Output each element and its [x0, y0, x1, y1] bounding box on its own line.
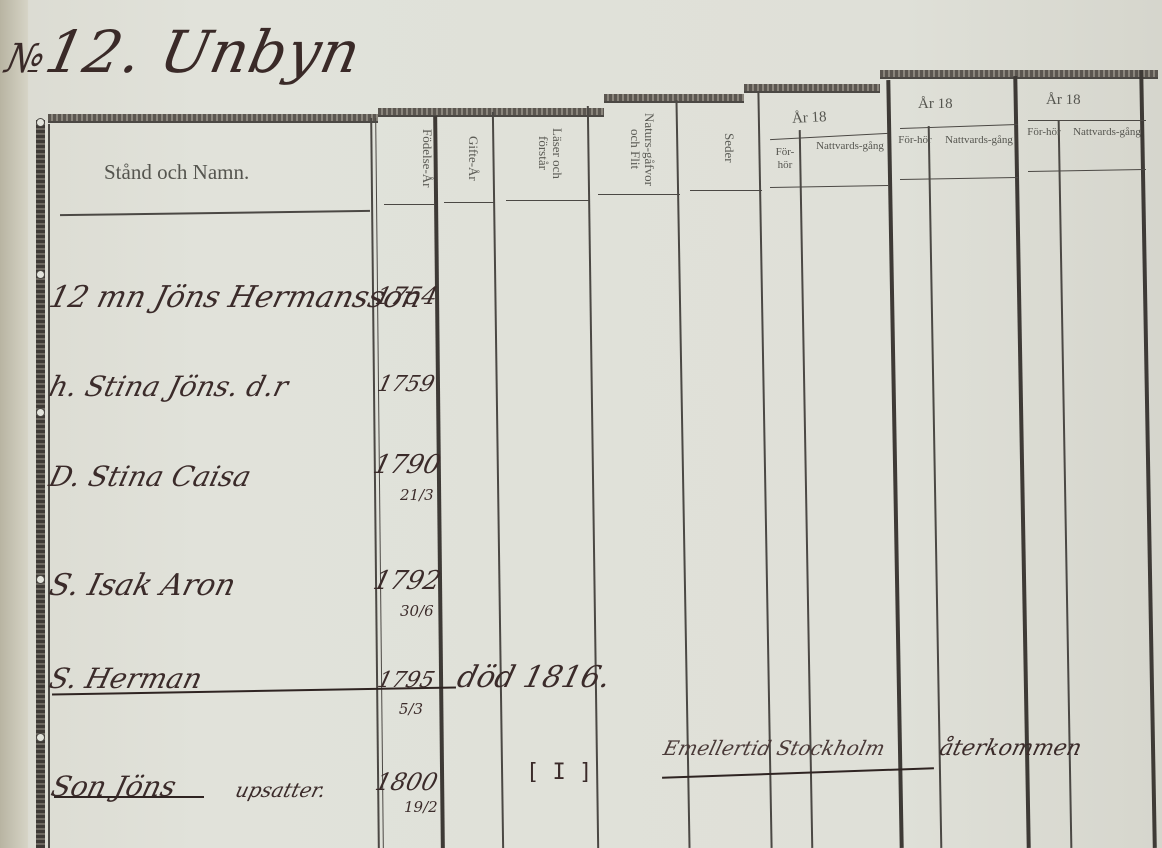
column-rule — [886, 80, 903, 848]
header-fodelse-ar: Födelse-År — [404, 118, 434, 198]
column-rule — [757, 92, 772, 848]
header-gifte-ar: Gifte-År — [460, 118, 480, 198]
entry-birth-date: 19/2 — [404, 800, 434, 815]
entry-name-suffix: upsatter. — [233, 778, 328, 802]
column-rule — [1139, 70, 1157, 848]
header-naturs-gafvor: Naturs-gåfvor och Flit — [608, 106, 656, 192]
entry-name: D. Stina Caisa — [46, 460, 255, 493]
entry-birth-date: 5/3 — [396, 702, 426, 717]
strike-through-line — [662, 767, 934, 778]
binding-ring — [36, 270, 45, 279]
entry-name: 12 mn Jöns Hermansson — [46, 280, 426, 315]
entry-death-note: död 1816. — [454, 660, 615, 695]
entry-birth-date: 30/6 — [400, 604, 430, 619]
header-underline — [770, 185, 888, 188]
entry-name: S. Isak Aron — [46, 568, 240, 603]
top-border-mid2 — [604, 94, 744, 103]
column-rule — [1013, 76, 1030, 848]
header-underline — [900, 177, 1018, 180]
binding-ring — [36, 118, 45, 127]
column-rule — [492, 112, 504, 848]
header-underline — [506, 200, 590, 201]
year-group-rule — [770, 133, 888, 140]
binding-ring — [36, 733, 45, 742]
binding-ring — [36, 408, 45, 417]
entry-birth-date: 21/3 — [400, 488, 430, 503]
column-rule — [433, 116, 445, 848]
header-laser-och-forstar: Läser och förstår — [528, 110, 564, 196]
entry-birth-year: 1754 — [373, 282, 441, 310]
entry-birth-year: 1759 — [375, 372, 437, 397]
year-group-1-label: År 18 — [792, 109, 827, 128]
header-underline — [598, 194, 680, 195]
household-number: 12. — [40, 18, 150, 86]
reading-mark: [ I ] — [526, 760, 592, 785]
year-group-1-nattvard: Nattvards-gång — [812, 140, 888, 153]
household-title: №12. Unbyn — [1, 18, 367, 86]
top-border-mid3 — [744, 84, 880, 93]
entry-name: S. Herman — [46, 662, 206, 695]
place-name: Unbyn — [154, 18, 367, 86]
header-underline — [444, 202, 494, 203]
page-edge-shadow — [0, 0, 28, 848]
seder-note: återkommen — [937, 736, 1084, 761]
entry-name: h. Stina Jöns. d.r — [46, 370, 292, 403]
year-group-3-forhor: För-hör — [1026, 126, 1062, 139]
entry-name: Son Jöns — [48, 770, 180, 803]
entry-birth-year: 1800 — [373, 768, 441, 796]
year-group-2-label: År 18 — [918, 96, 953, 113]
year-group-3-nattvard: Nattvards-gång — [1068, 126, 1146, 139]
header-underline — [1028, 169, 1146, 172]
year-group-2-nattvard: Nattvards-gång — [940, 134, 1018, 147]
column-rule — [587, 106, 599, 848]
header-underline — [60, 210, 370, 216]
top-border-right — [880, 70, 1158, 79]
year-group-2-forhor: För-hör — [898, 134, 932, 147]
header-stand-och-namn: Stånd och Namn. — [104, 160, 249, 185]
column-rule — [928, 126, 943, 848]
strike-through-line — [54, 796, 204, 798]
header-seder: Seder — [716, 118, 736, 178]
year-group-1-forhor: För-hör — [770, 146, 800, 172]
seder-note-struck: Emellertid Stockholm — [661, 736, 888, 760]
header-underline — [690, 190, 762, 191]
entry-birth-year: 1790 — [370, 450, 444, 480]
year-group-rule — [1028, 120, 1146, 121]
year-group-rule — [900, 124, 1018, 129]
binding-ring — [36, 575, 45, 584]
register-page: №12. Unbyn Stånd och Namn. Födelse-År Gi… — [0, 0, 1162, 848]
entry-birth-year: 1792 — [370, 566, 444, 596]
year-group-3-label: År 18 — [1046, 92, 1081, 109]
header-underline — [384, 204, 434, 205]
top-border-left — [48, 114, 378, 123]
